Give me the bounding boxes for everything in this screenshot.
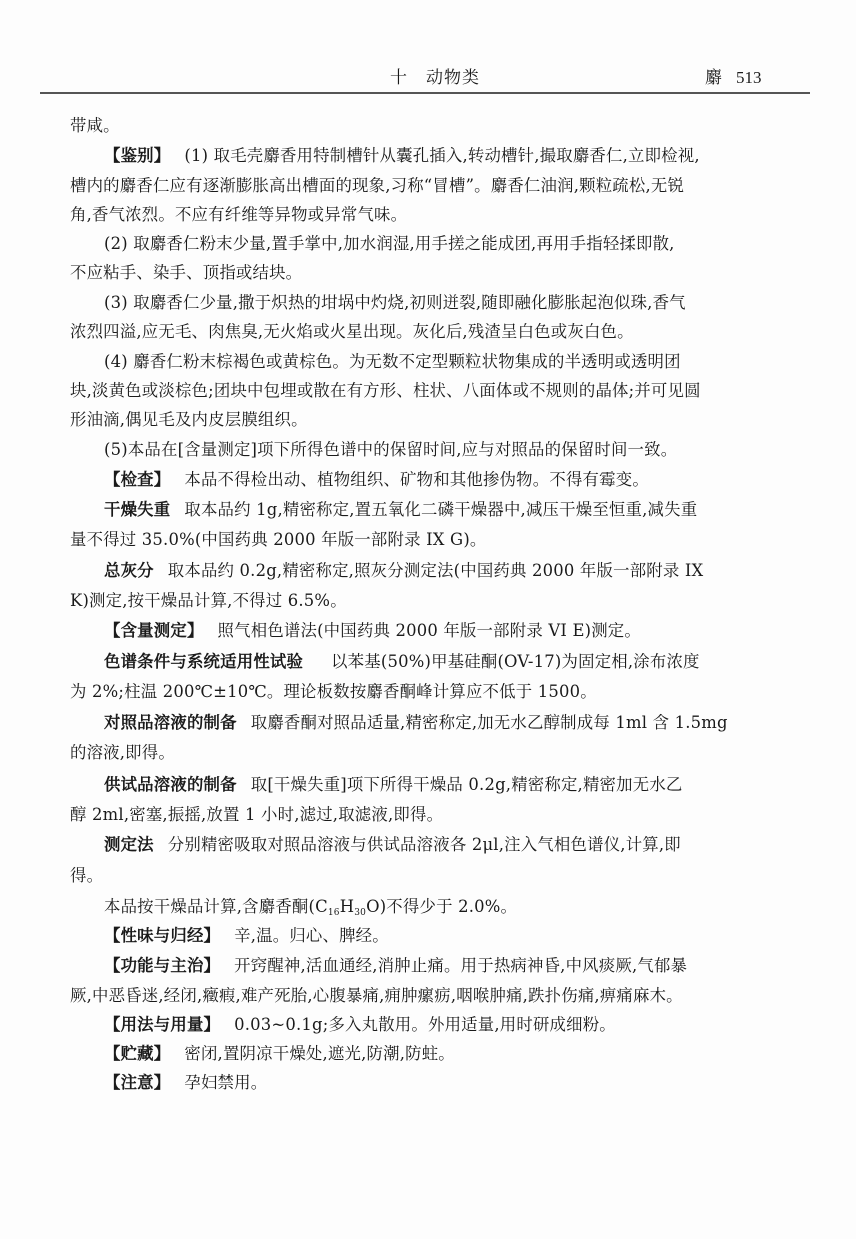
subsection-heading: 供试品溶液的制备 (104, 775, 237, 794)
text-line: 得。 (70, 866, 103, 886)
subsection-heading: 总灰分 (104, 561, 154, 580)
running-header-chapter: 十 动物类 (390, 63, 480, 88)
section-heading: 【含量测定】 (104, 621, 204, 640)
text-line: 角,香气浓烈。不应有纤维等异物或异常气味。 (70, 205, 407, 225)
section-usage-and-dosage: 【用法与用量】0.03~0.1g;多入丸散用。外用适量,用时研成细粉。 (104, 1015, 616, 1035)
subsection-loss-on-drying: 干燥失重取本品约 1g,精密称定,置五氧化二磷干燥器中,减压干燥至恒重,减失重 (104, 500, 697, 520)
section-functions-and-indications: 【功能与主治】开窍醒神,活血通经,消肿止痛。用于热病神昏,中风痰厥,气郁暴 (104, 956, 687, 976)
text-line: 形油滴,偶见毛及内皮层膜组织。 (70, 410, 308, 430)
section-heading: 【检查】 (104, 470, 170, 489)
subsection-heading: 干燥失重 (104, 500, 170, 519)
subsection-heading: 对照品溶液的制备 (104, 713, 237, 732)
content-requirement: 本品按干燥品计算,含麝香酮(C16H30O)不得少于 2.0%。 (104, 897, 517, 923)
text-line: K)测定,按干燥品计算,不得过 6.5%。 (70, 591, 347, 611)
subsection-heading: 测定法 (104, 835, 154, 854)
subsection-heading: 色谱条件与系统适用性试验 (104, 652, 303, 671)
section-identification: 【鉴别】(1) 取毛壳麝香用特制槽针从囊孔插入,转动槽针,撮取麝香仁,立即检视, (104, 146, 700, 166)
entry-character: 麝 (705, 68, 722, 88)
running-header-entry: 麝513 (705, 63, 762, 88)
text-line: 为 2%;柱温 200℃±10℃。理论板数按麝香酮峰计算应不低于 1500。 (70, 682, 597, 702)
book-page: 十 动物类 麝513 带咸。 【鉴别】(1) 取毛壳麝香用特制槽针从囊孔插入,转… (0, 0, 856, 1239)
text-line: 带咸。 (70, 116, 120, 136)
text-line: 厥,中恶昏迷,经闭,癥瘕,难产死胎,心腹暴痛,痈肿瘰疬,咽喉肿痛,跌扑伤痛,痹痛… (70, 986, 683, 1006)
text-line: (4) 麝香仁粉末棕褐色或黄棕色。为无数不定型颗粒状物集成的半透明或透明团 (104, 352, 681, 372)
page-number: 513 (736, 68, 762, 87)
text-line: 块,淡黄色或淡棕色;团块中包埋或散在有方形、柱状、八面体或不规则的晶体;并可见圆 (70, 381, 701, 401)
section-heading: 【功能与主治】 (104, 956, 220, 975)
section-heading: 【用法与用量】 (104, 1015, 220, 1034)
text-line: 醇 2ml,密塞,振摇,放置 1 小时,滤过,取滤液,即得。 (70, 805, 443, 825)
section-heading: 【性味与归经】 (104, 926, 220, 945)
text-line: (2) 取麝香仁粉末少量,置手掌中,加水润湿,用手搓之能成团,再用手指轻揉即散, (104, 234, 675, 254)
header-rule (40, 92, 810, 94)
section-storage: 【贮藏】密闭,置阴凉干燥处,遮光,防潮,防蛀。 (104, 1044, 455, 1064)
text-line: 量不得过 35.0%(中国药典 2000 年版一部附录 IX G)。 (70, 530, 487, 550)
subsection-reference-solution: 对照品溶液的制备取麝香酮对照品适量,精密称定,加无水乙醇制成每 1ml 含 1.… (104, 713, 728, 733)
text-line: 不应粘手、染手、顶指或结块。 (70, 263, 302, 283)
text-line: 浓烈四溢,应无毛、肉焦臭,无火焰或火星出现。灰化后,残渣呈白色或灰白色。 (70, 322, 634, 342)
section-heading: 【注意】 (104, 1073, 170, 1092)
section-heading: 【鉴别】 (104, 146, 170, 165)
subsection-test-solution: 供试品溶液的制备取[干燥失重]项下所得干燥品 0.2g,精密称定,精密加无水乙 (104, 775, 683, 795)
text-line: (3) 取麝香仁少量,撒于炽热的坩埚中灼烧,初则迸裂,随即融化膨胀起泡似珠,香气 (104, 293, 686, 313)
section-inspection: 【检查】本品不得检出动、植物组织、矿物和其他掺伪物。不得有霉变。 (104, 470, 649, 490)
section-assay: 【含量测定】照气相色谱法(中国药典 2000 年版一部附录 VI E)测定。 (104, 621, 641, 641)
text-line: 的溶液,即得。 (70, 743, 175, 763)
text-line: 槽内的麝香仁应有逐渐膨胀高出槽面的现象,习称“冒槽”。麝香仁油润,颗粒疏松,无锐 (70, 176, 684, 196)
section-heading: 【贮藏】 (104, 1044, 170, 1063)
subsection-total-ash: 总灰分取本品约 0.2g,精密称定,照灰分测定法(中国药典 2000 年版一部附… (104, 561, 703, 581)
text-line: (5)本品在[含量测定]项下所得色谱中的保留时间,应与对照品的保留时间一致。 (104, 440, 677, 460)
section-nature-and-meridian: 【性味与归经】辛,温。归心、脾经。 (104, 926, 389, 946)
section-precautions: 【注意】孕妇禁用。 (104, 1073, 267, 1093)
subsection-procedure: 测定法分别精密吸取对照品溶液与供试品溶液各 2μl,注入气相色谱仪,计算,即 (104, 835, 681, 855)
subsection-chromatographic-conditions: 色谱条件与系统适用性试验以苯基(50%)甲基硅酮(OV-17)为固定相,涂布浓度 (104, 652, 700, 672)
